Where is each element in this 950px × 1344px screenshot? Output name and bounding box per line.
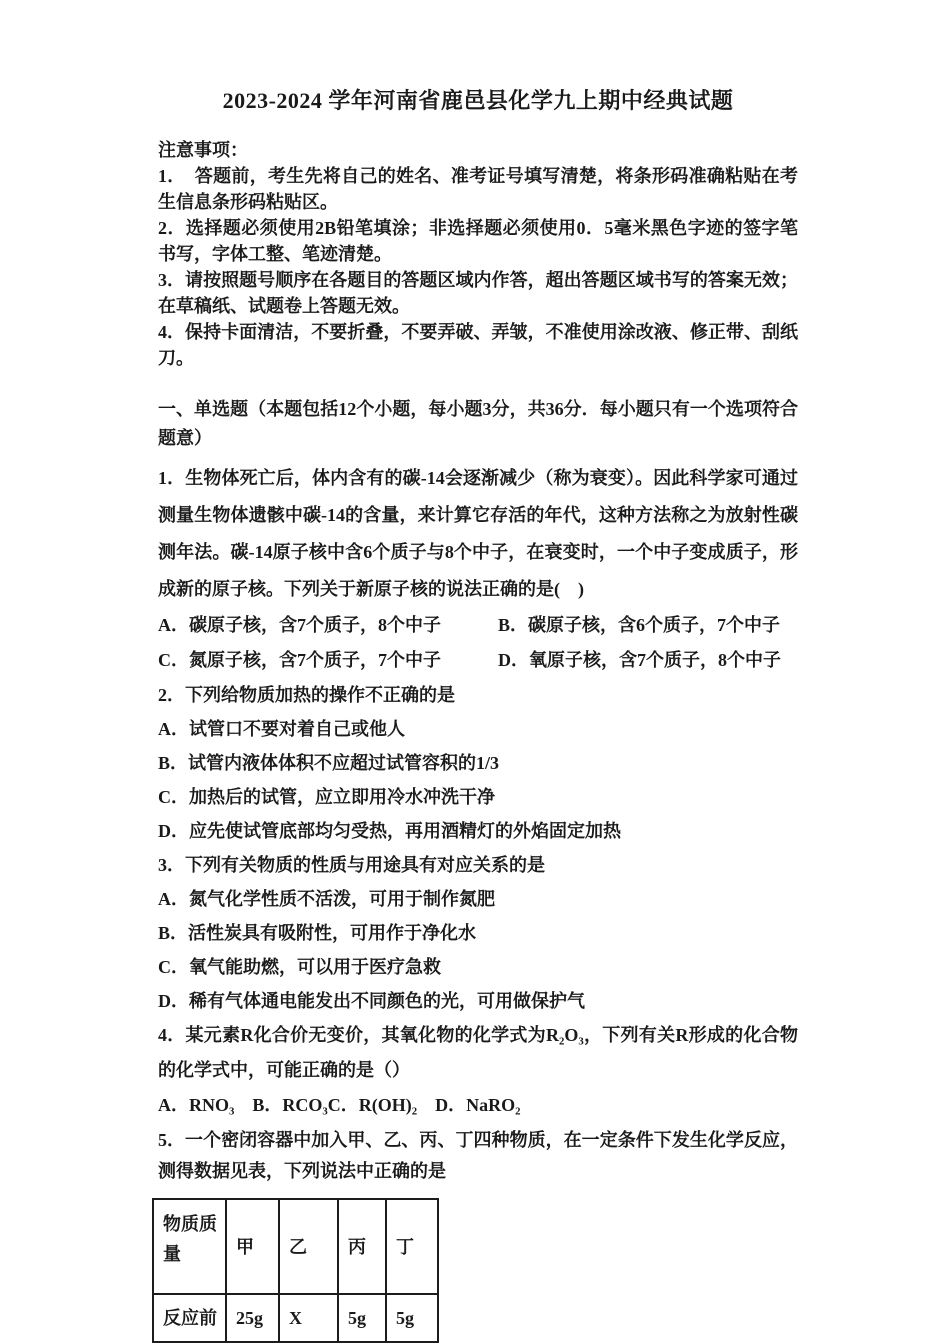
exam-page: 2023-2024 学年河南省鹿邑县化学九上期中经典试题 注意事项： 1． 答题… — [158, 0, 798, 1343]
table-corner-header: 物质质量 — [153, 1199, 226, 1294]
q3-option-b: B．活性炭具有吸附性，可用作于净化水 — [158, 916, 798, 950]
q4-options-line: A．RNO₃ B．RCO₃C．R(OH)₂ D．NaRO₂ — [158, 1088, 798, 1123]
q5-data-table: 物质质量 甲 乙 丙 丁 反应前 25g X 5g 5g — [152, 1198, 439, 1343]
document-title: 2023-2024 学年河南省鹿邑县化学九上期中经典试题 — [158, 84, 798, 115]
table-col-header-bing: 丙 — [338, 1199, 386, 1294]
q4-stem: 4．某元素R化合价无变价，其氧化物的化学式为R₂O₃，下列有关R形成的化合物的化… — [158, 1018, 798, 1088]
table-row-before-reaction: 反应前 25g X 5g 5g — [153, 1294, 438, 1342]
q3-option-a: A．氮气化学性质不活泼，可用于制作氮肥 — [158, 882, 798, 916]
table-cell-yi-before: X — [279, 1294, 338, 1342]
notice-item-2: 2．选择题必须使用2B铅笔填涂；非选择题必须使用0．5毫米黑色字迹的签字笔书写，… — [158, 215, 798, 267]
q1-option-d: D．氧原子核，含7个质子，8个中子 — [498, 643, 798, 678]
q1-option-b: B．碳原子核，含6个质子，7个中子 — [498, 608, 798, 643]
q1-option-c: C．氮原子核，含7个质子，7个中子 — [158, 643, 498, 678]
section-1-heading: 一、单选题（本题包括12个小题，每小题3分，共36分．每小题只有一个选项符合题意… — [158, 395, 798, 453]
q1-options: A．碳原子核，含7个质子，8个中子 B．碳原子核，含6个质子，7个中子 C．氮原… — [158, 608, 798, 678]
q3-stem: 3．下列有关物质的性质与用途具有对应关系的是 — [158, 848, 798, 882]
table-col-header-jia: 甲 — [226, 1199, 279, 1294]
question-3: 3．下列有关物质的性质与用途具有对应关系的是 A．氮气化学性质不活泼，可用于制作… — [158, 848, 798, 1018]
q3-option-d: D．稀有气体通电能发出不同颜色的光，可用做保护气 — [158, 984, 798, 1018]
notice-item-4: 4．保持卡面清洁，不要折叠，不要弄破、弄皱，不准使用涂改液、修正带、刮纸刀。 — [158, 319, 798, 371]
q5-stem: 5．一个密闭容器中加入甲、乙、丙、丁四种物质，在一定条件下发生化学反应，测得数据… — [158, 1125, 798, 1187]
notice-item-3: 3．请按照题号顺序在各题目的答题区域内作答，超出答题区域书写的答案无效；在草稿纸… — [158, 267, 798, 319]
table-cell-bing-before: 5g — [338, 1294, 386, 1342]
q3-option-c: C．氧气能助燃，可以用于医疗急救 — [158, 950, 798, 984]
q2-option-b: B．试管内液体体积不应超过试管容积的1/3 — [158, 746, 798, 780]
table-row-label: 反应前 — [153, 1294, 226, 1342]
table-cell-jia-before: 25g — [226, 1294, 279, 1342]
q2-option-a: A．试管口不要对着自己或他人 — [158, 712, 798, 746]
q2-option-d: D．应先使试管底部均匀受热，再用酒精灯的外焰固定加热 — [158, 814, 798, 848]
table-cell-ding-before: 5g — [386, 1294, 438, 1342]
q2-stem: 2．下列给物质加热的操作不正确的是 — [158, 678, 798, 712]
q1-stem: 1．生物体死亡后，体内含有的碳-14会逐渐减少（称为衰变）。因此科学家可通过测量… — [158, 460, 798, 608]
notice-item-1: 1． 答题前，考生先将自己的姓名、准考证号填写清楚，将条形码准确粘贴在考生信息条… — [158, 163, 798, 215]
table-col-header-yi: 乙 — [279, 1199, 338, 1294]
q2-option-c: C．加热后的试管，应立即用冷水冲洗干净 — [158, 780, 798, 814]
table-header-row: 物质质量 甲 乙 丙 丁 — [153, 1199, 438, 1294]
question-2: 2．下列给物质加热的操作不正确的是 A．试管口不要对着自己或他人 B．试管内液体… — [158, 678, 798, 848]
q1-option-a: A．碳原子核，含7个质子，8个中子 — [158, 608, 498, 643]
notice-heading: 注意事项： — [158, 137, 798, 163]
table-col-header-ding: 丁 — [386, 1199, 438, 1294]
